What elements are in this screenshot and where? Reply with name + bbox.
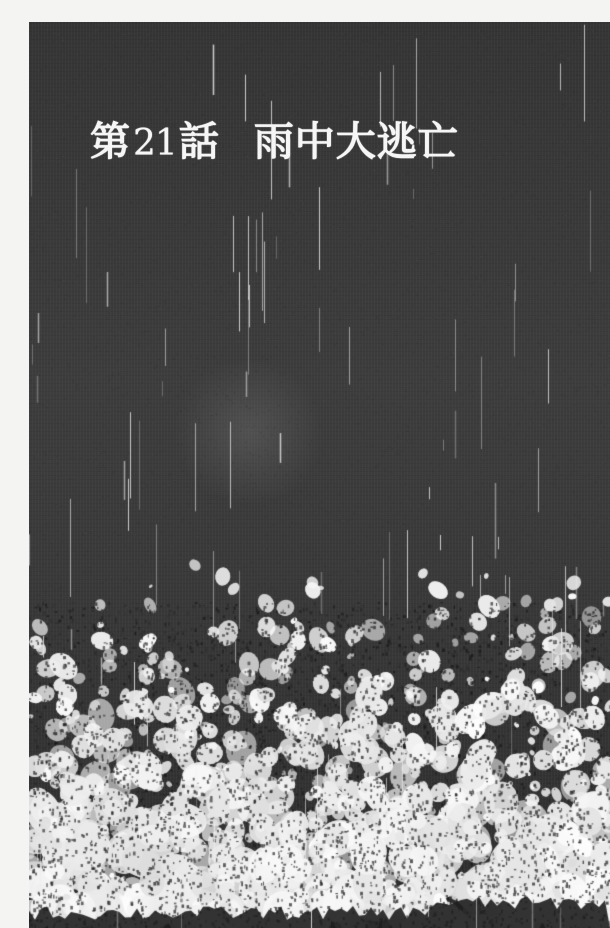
manga-page: 第 21 話 雨中大逃亡 <box>0 0 610 928</box>
chapter-name: 雨中大逃亡 <box>254 110 459 167</box>
chapter-suffix: 話 <box>179 110 220 167</box>
chapter-title-panel: 第 21 話 雨中大逃亡 <box>29 22 610 928</box>
chapter-title: 第 21 話 雨中大逃亡 <box>90 110 459 167</box>
chapter-number: 21 <box>133 123 177 164</box>
chapter-prefix: 第 <box>90 110 131 167</box>
